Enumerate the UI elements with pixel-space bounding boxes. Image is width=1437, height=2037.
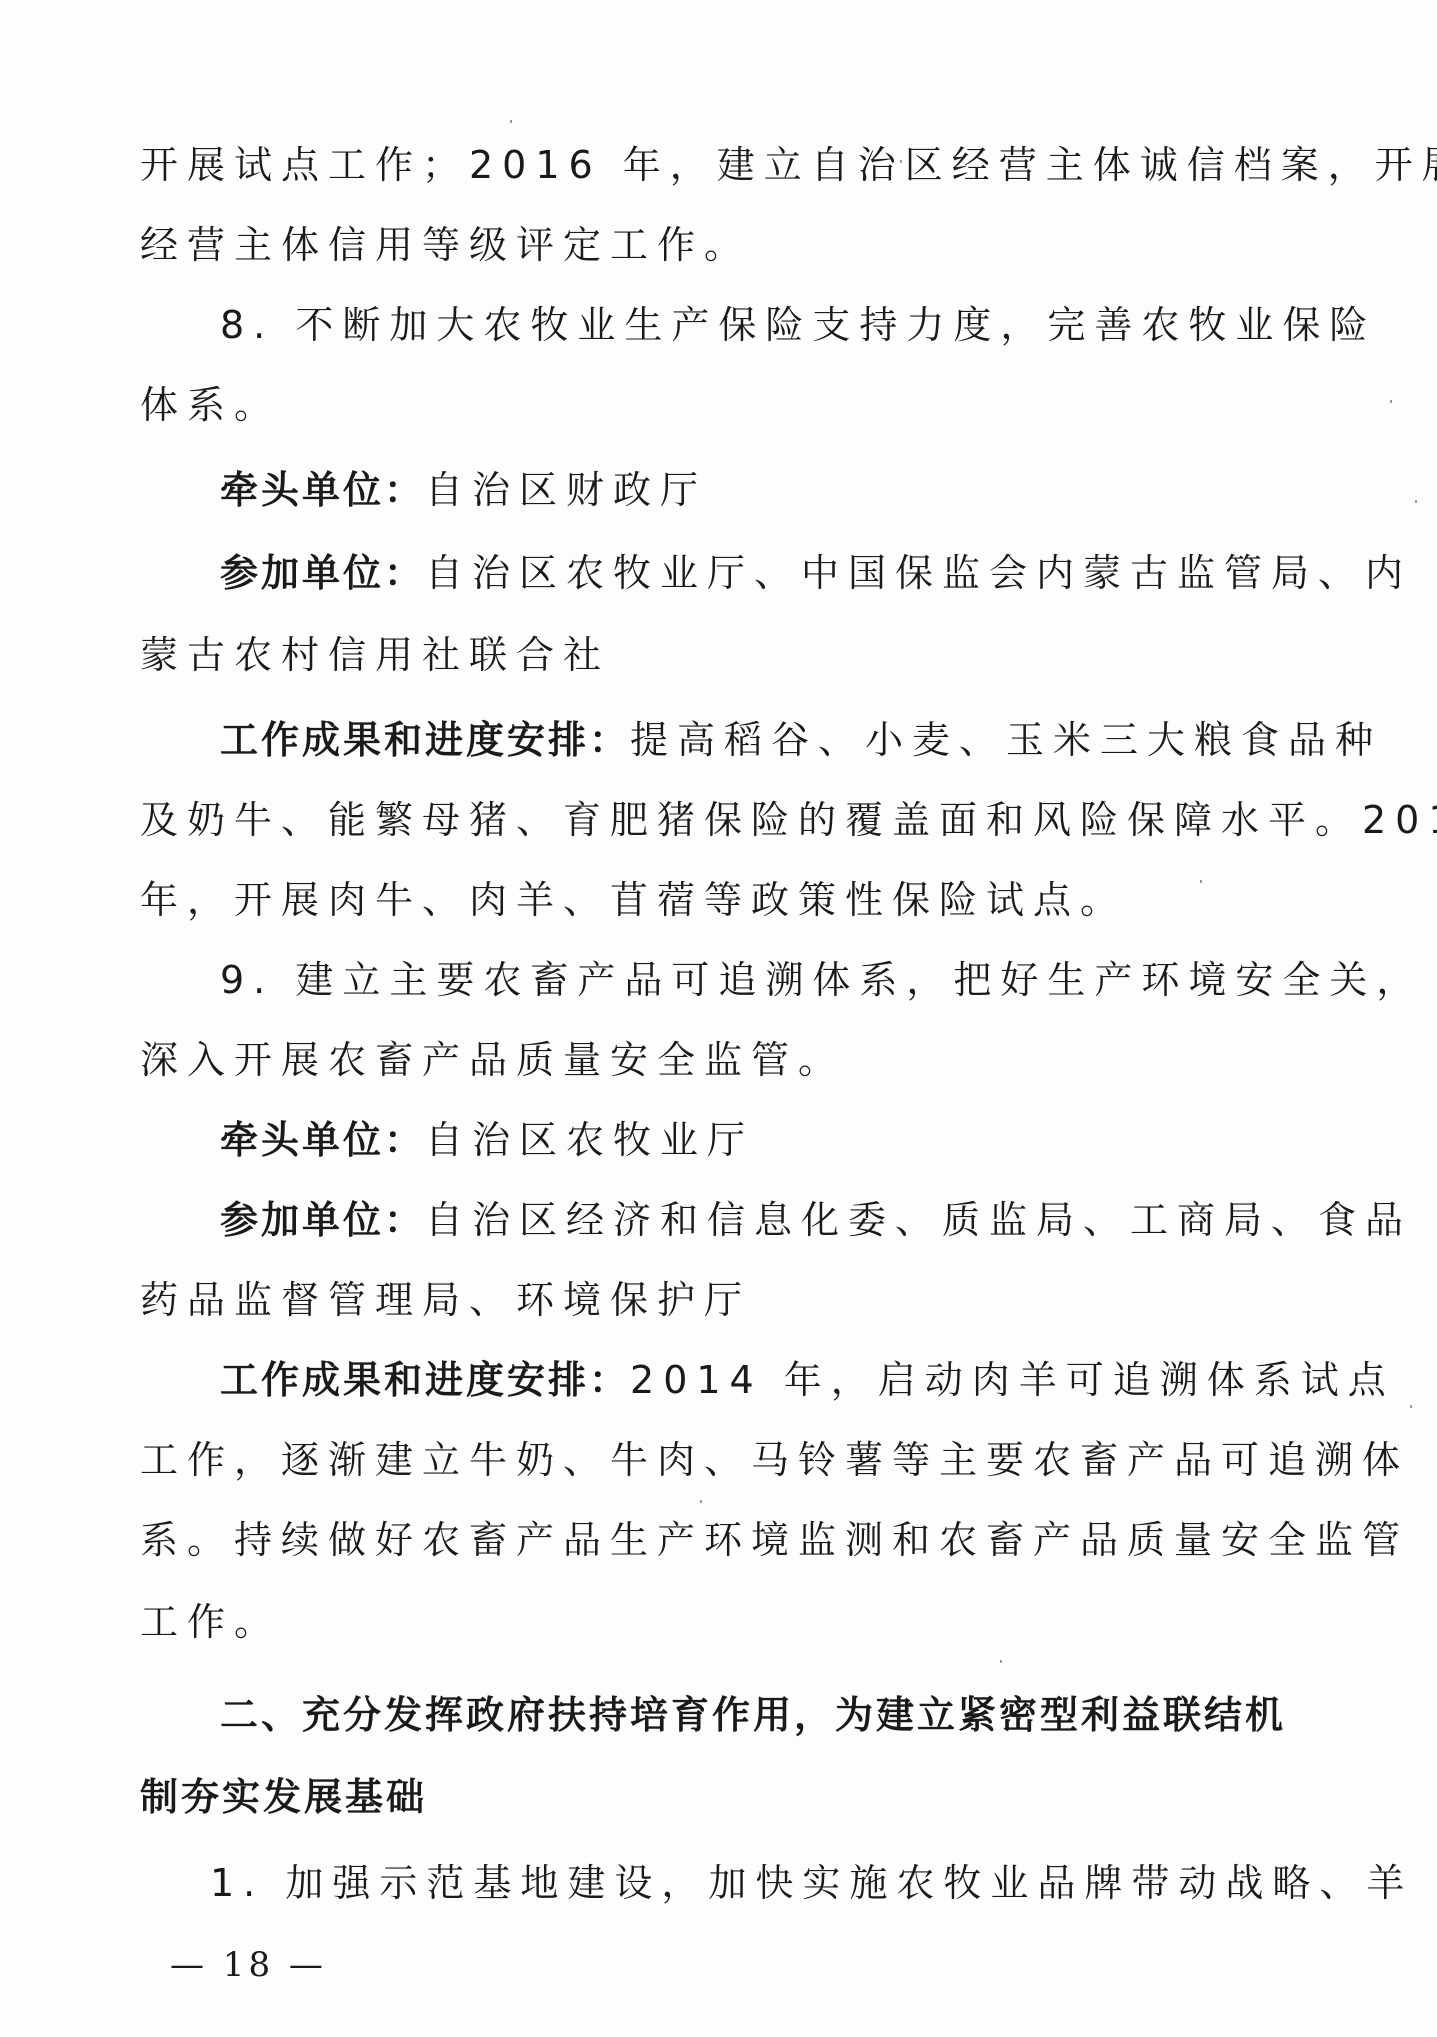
lead-unit-value: 自治区财政厅 [425,468,707,512]
participants-value: 自治区农牧业厅、中国保监会内蒙古监管局、内 [425,551,1412,595]
scan-speck [1200,880,1202,883]
item-9-results-cont: 工作。 [140,1597,1320,1647]
scan-speck [1390,400,1392,403]
item-8-title: 8. 不断加大农牧业生产保险支持力度，完善农牧业保险 [220,300,1320,350]
item-9-results: 工作成果和进度安排：2014 年，启动肉羊可追溯体系试点 [220,1355,1320,1405]
scan-speck [1415,500,1417,503]
scan-speck [900,160,902,163]
participants-label: 参加单位： [220,551,425,595]
item-9-title: 9. 建立主要农畜产品可追溯体系，把好生产环境安全关， [220,955,1320,1005]
item-9-lead-unit: 牵头单位：自治区农牧业厅 [220,1115,1320,1165]
lead-unit-label: 牵头单位： [220,468,425,512]
item-9-results-cont: 工作，逐渐建立牛奶、牛肉、马铃薯等主要农畜产品可追溯体 [140,1435,1320,1485]
lead-unit-value: 自治区农牧业厅 [425,1118,754,1162]
results-label: 工作成果和进度安排： [220,1358,630,1402]
results-value: 2014 年，启动肉羊可追溯体系试点 [630,1358,1395,1402]
item-8-participants: 参加单位：自治区农牧业厅、中国保监会内蒙古监管局、内 [220,548,1320,598]
item-8-results-cont: 年，开展肉牛、肉羊、苜蓿等政策性保险试点。 [140,875,1320,925]
results-label: 工作成果和进度安排： [220,718,630,762]
scan-speck [510,120,512,123]
participants-value: 自治区经济和信息化委、质监局、工商局、食品 [425,1198,1412,1242]
section-2-heading: 二、充分发挥政府扶持培育作用，为建立紧密型利益联结机 [220,1690,1320,1740]
item-9-results-cont: 系。持续做好农畜产品生产环境监测和农畜产品质量安全监管 [140,1515,1320,1565]
paragraph-line: 开展试点工作；2016 年，建立自治区经营主体诚信档案，开展 [140,140,1320,190]
scan-speck [700,1500,702,1503]
item-9-title-cont: 深入开展农畜产品质量安全监管。 [140,1035,1320,1085]
item-9-participants-cont: 药品监督管理局、环境保护厅 [140,1275,1320,1325]
participants-label: 参加单位： [220,1198,425,1242]
item-8-title-cont: 体系。 [140,380,1320,430]
item-9-participants: 参加单位：自治区经济和信息化委、质监局、工商局、食品 [220,1195,1320,1245]
item-8-results-cont: 及奶牛、能繁母猪、育肥猪保险的覆盖面和风险保障水平。2014 [140,795,1320,845]
lead-unit-label: 牵头单位： [220,1118,425,1162]
results-value: 提高稻谷、小麦、玉米三大粮食品种 [630,718,1382,762]
section-2-item-1: 1. 加强示范基地建设，加快实施农牧业品牌带动战略、羊 [210,1858,1310,1908]
section-2-heading-cont: 制夯实发展基础 [140,1772,1320,1822]
scan-speck [1410,1405,1412,1408]
item-8-lead-unit: 牵头单位：自治区财政厅 [220,465,1320,515]
item-8-results: 工作成果和进度安排：提高稻谷、小麦、玉米三大粮食品种 [220,715,1320,765]
item-8-participants-cont: 蒙古农村信用社联合社 [140,630,1320,680]
page-number: — 18 — [170,1940,327,1990]
paragraph-line: 经营主体信用等级评定工作。 [140,220,1320,270]
document-page: 开展试点工作；2016 年，建立自治区经营主体诚信档案，开展 经营主体信用等级评… [0,0,1437,2037]
scan-speck [1000,1660,1002,1663]
